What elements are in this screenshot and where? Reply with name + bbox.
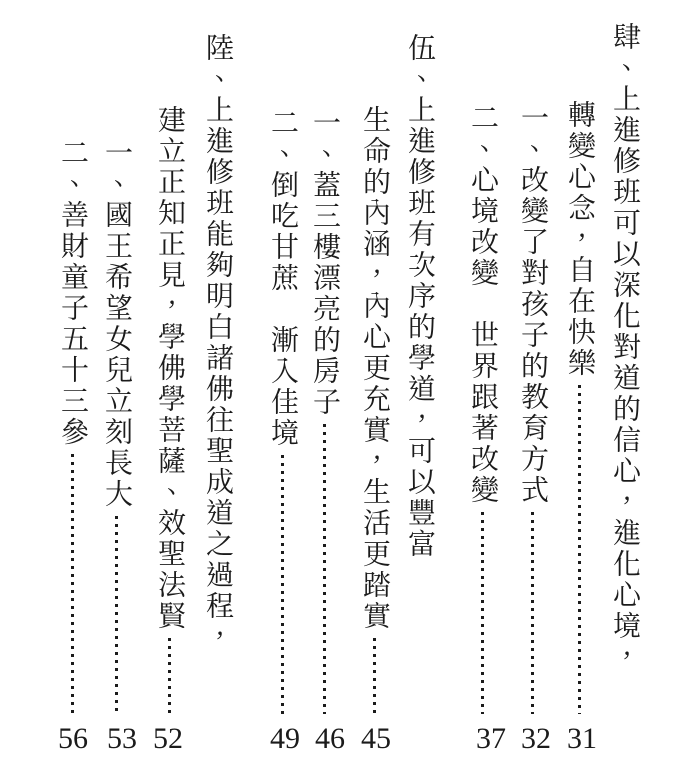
toc-page: 肆、上進修班可以深化對道的信心，進化心境， 轉變心念，自在快樂 一、改變了對孩子… <box>0 0 700 775</box>
section-6-item-2: 二、善財童子五十三參 <box>59 138 87 448</box>
section-4-item-2: 二、心境改變 世界跟著改變 <box>469 103 497 506</box>
dotted-leader <box>281 455 284 714</box>
section-5-heading-line-1: 伍、上進修班有次序的學道，可以豐富 <box>406 33 434 560</box>
section-4-heading-line-1: 肆、上進修班可以深化對道的信心，進化心境， <box>611 22 639 673</box>
dotted-leader <box>578 385 581 714</box>
section-5-item-1: 一、蓋三樓漂亮的房子 <box>311 108 339 418</box>
section-6-heading-line-2: 建立正知正見，學佛學菩薩、效聖法賢 <box>156 105 184 632</box>
dotted-leader <box>531 512 534 714</box>
page-number: 56 <box>43 722 103 756</box>
page-number: 49 <box>255 722 315 756</box>
dotted-leader <box>373 638 376 714</box>
page-number: 37 <box>461 722 521 756</box>
dotted-leader <box>168 638 171 714</box>
dotted-leader <box>481 512 484 714</box>
dotted-leader <box>71 454 74 714</box>
section-6-heading-line-1: 陸、上進修班能夠明白諸佛往聖成道之過程， <box>204 33 232 653</box>
dotted-leader <box>323 424 326 714</box>
section-6-item-1: 一、國王希望女兒立刻長大 <box>103 138 131 510</box>
section-5-heading-line-2: 生命的內涵，內心更充實，生活更踏實 <box>361 105 389 632</box>
section-5-item-2: 二、倒吃甘蔗 漸入佳境 <box>269 108 297 449</box>
section-4-heading-line-2: 轉變心念，自在快樂 <box>566 100 594 379</box>
section-4-item-1: 一、改變了對孩子的教育方式 <box>519 103 547 506</box>
dotted-leader <box>115 516 118 714</box>
